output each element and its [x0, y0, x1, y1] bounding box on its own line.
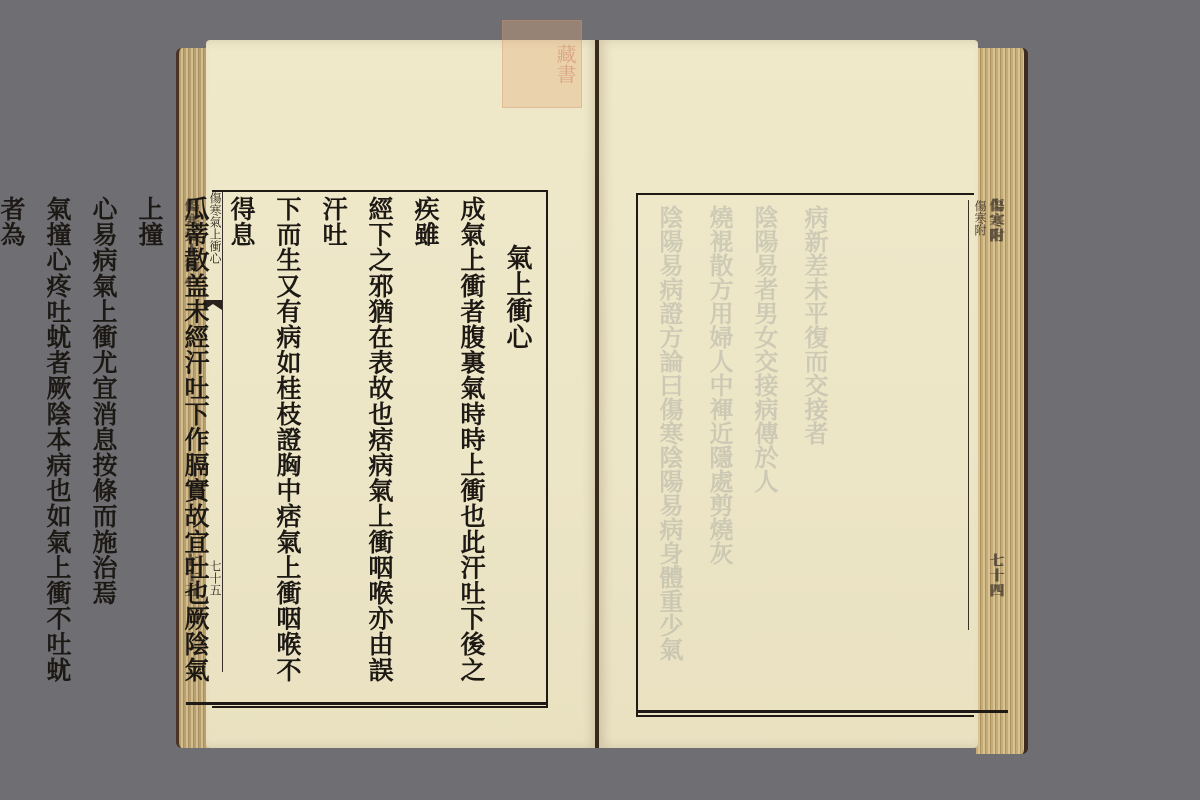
text-column: 氣撞心疼吐蚘者厥陰本病也如氣上衝不吐蚘者為 — [0, 196, 80, 704]
book-gutter — [595, 40, 599, 748]
right-block-center: 傷寒附 — [968, 200, 987, 630]
right-frame-base-line — [636, 710, 1008, 713]
bleed-through-text: 陰陽易者男女交接病傳於人 — [745, 205, 783, 705]
text-column: 經下之邪猶在表故也痞病氣上衝咽喉亦由誤汗吐 — [310, 196, 402, 704]
text-column: 下而生又有病如桂枝證胸中痞氣上衝咽喉不得息 — [218, 196, 310, 704]
open-book: 傷寒氣上衝心 七十五 傷寒附 七十四 藏書 傷寒氣上衝心 七十五 氣上衝心 成氣… — [0, 0, 1200, 800]
text-column: 心易病氣上衝尤宜消息按條而施治焉 — [80, 196, 126, 704]
text-column: 成氣上衝者腹裏氣時時上衝也此汗吐下後之疾雖 — [402, 196, 494, 704]
bleed-through-text: 病新差未平復而交接者 — [795, 205, 833, 705]
block-center-title: 傷寒附 — [973, 200, 987, 236]
edge-page-mark: 七十四 — [988, 553, 1003, 598]
left-page-text: 氣上衝心 成氣上衝者腹裏氣時時上衝也此汗吐下後之疾雖 經下之邪猶在表故也痞病氣上… — [222, 196, 540, 704]
section-heading: 氣上衝心 — [494, 196, 540, 704]
bleed-through-text: 燒裩散方用婦人中褌近隱處剪燒灰 — [700, 205, 738, 705]
bleed-through-text: 陰陽易病證方論曰傷寒陰陽易病身體重少氣 — [650, 205, 688, 705]
text-column: 瓜蒂散盖未經汗吐下作膈實故宜吐也厥陰氣上撞 — [126, 196, 218, 704]
collection-seal: 藏書 — [502, 20, 582, 108]
edge-title-mark: 傷寒附 — [988, 198, 1003, 243]
